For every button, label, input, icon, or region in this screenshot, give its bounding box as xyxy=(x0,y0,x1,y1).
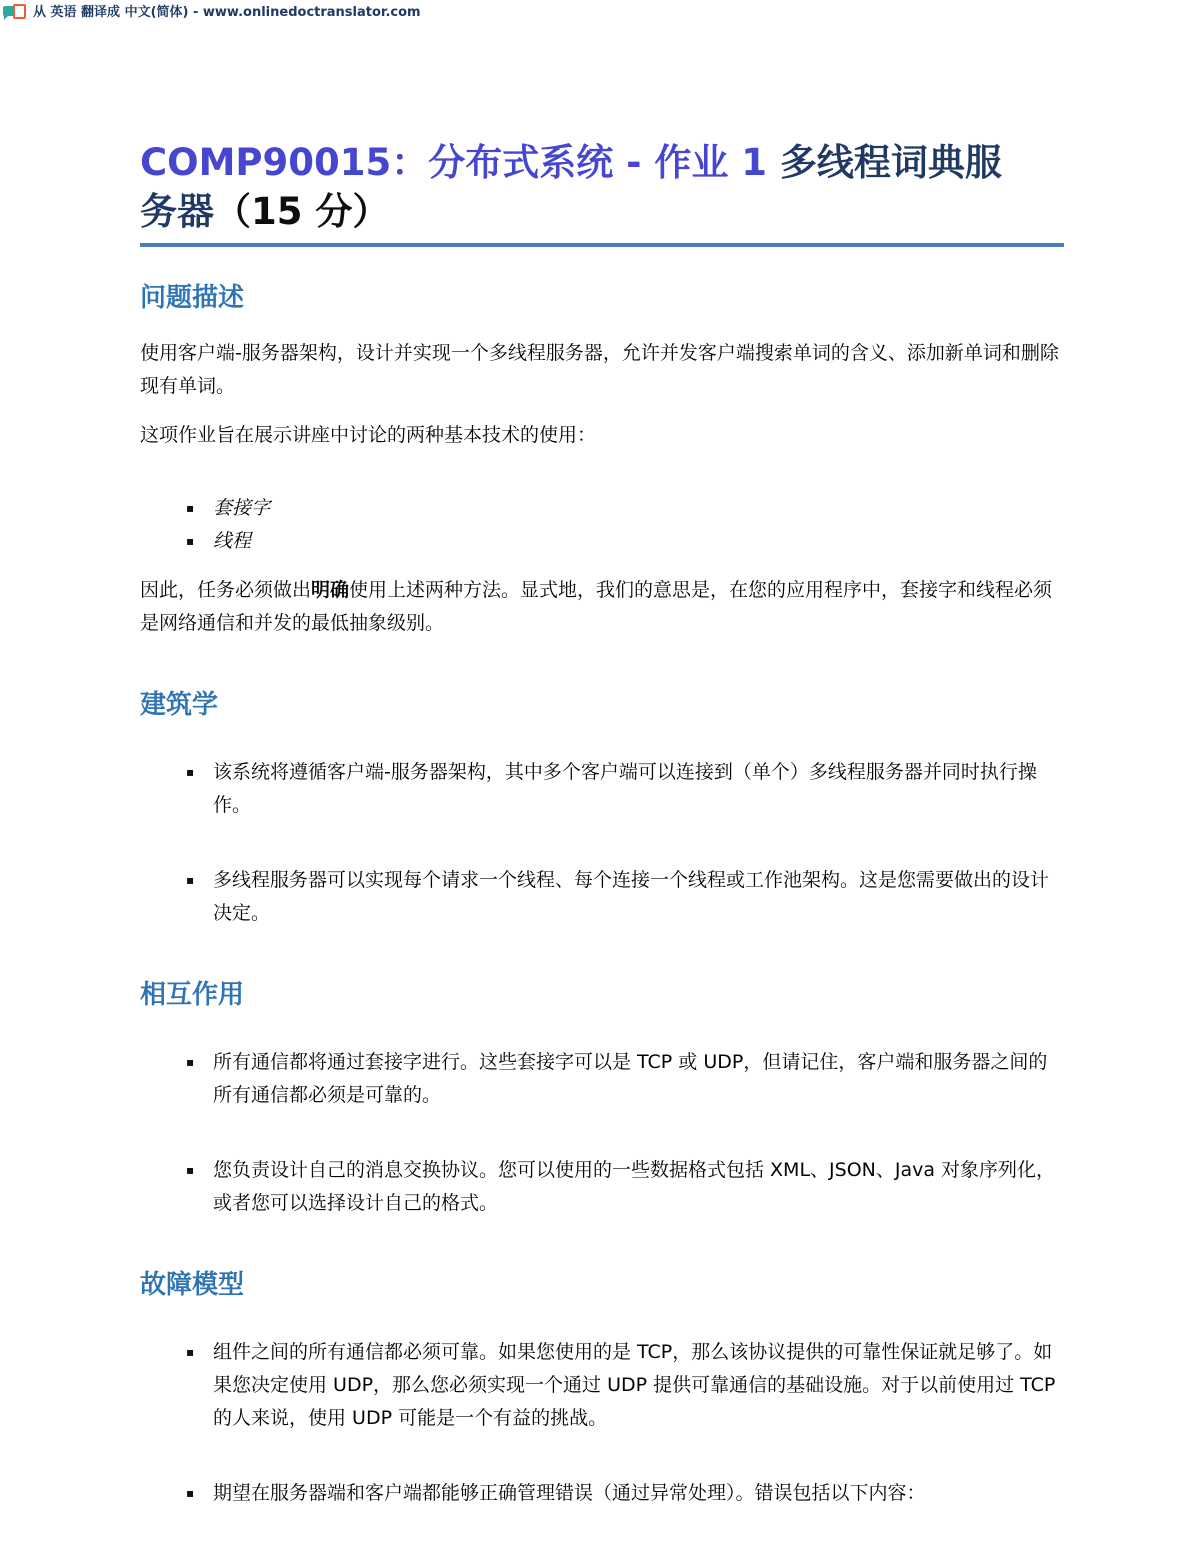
bullet-square-icon: ▪ xyxy=(186,1046,194,1079)
list-item: ▪ 线程 xyxy=(213,525,1064,558)
title-marks: （15 分） xyxy=(214,190,389,233)
title-subject-part2: 务器 xyxy=(140,190,214,233)
title-course-code: COMP90015：分布式系统 - 作业 1 xyxy=(140,141,780,184)
paragraph-problem-3: 因此，任务必须做出明确使用上述两种方法。显式地，我们的意思是，在您的应用程序中，… xyxy=(140,574,1064,640)
section-heading-problem: 问题描述 xyxy=(140,281,1064,315)
bullet-square-icon: ▪ xyxy=(186,1154,194,1187)
section-heading-failure-model: 故障模型 xyxy=(140,1268,1064,1302)
list-item: ▪ 该系统将遵循客户端-服务器架构，其中多个客户端可以连接到（单个）多线程服务器… xyxy=(213,756,1064,822)
section-heading-interaction: 相互作用 xyxy=(140,978,1064,1012)
title-divider xyxy=(140,243,1064,247)
list-item-label: 所有通信都将通过套接字进行。这些套接字可以是 TCP 或 UDP，但请记住，客户… xyxy=(213,1051,1047,1106)
list-item: ▪ 套接字 xyxy=(213,492,1064,525)
architecture-list: ▪ 该系统将遵循客户端-服务器架构，其中多个客户端可以连接到（单个）多线程服务器… xyxy=(140,756,1064,930)
document-outline-icon xyxy=(13,4,26,19)
translator-banner-text: 从 英语 翻译成 中文(简体) - www.onlinedoctranslato… xyxy=(33,4,421,22)
bullet-square-icon: ▪ xyxy=(186,525,194,558)
bullet-square-icon: ▪ xyxy=(186,1477,194,1510)
interaction-list: ▪ 所有通信都将通过套接字进行。这些套接字可以是 TCP 或 UDP，但请记住，… xyxy=(140,1046,1064,1220)
paragraph-problem-2: 这项作业旨在展示讲座中讨论的两种基本技术的使用： xyxy=(140,419,1064,452)
list-item-label: 您负责设计自己的消息交换协议。您可以使用的一些数据格式包括 XML、JSON、J… xyxy=(213,1159,1055,1214)
document-page: COMP90015：分布式系统 - 作业 1 多线程词典服务器（15 分） 问题… xyxy=(140,138,1064,1510)
list-item-label: 该系统将遵循客户端-服务器架构，其中多个客户端可以连接到（单个）多线程服务器并同… xyxy=(213,761,1037,816)
list-item-label: 期望在服务器端和客户端都能够正确管理错误（通过异常处理）。错误包括以下内容： xyxy=(213,1482,926,1504)
failure-model-list: ▪ 组件之间的所有通信都必须可靠。如果您使用的是 TCP，那么该协议提供的可靠性… xyxy=(140,1336,1064,1510)
translator-banner: 从 英语 翻译成 中文(简体) - www.onlinedoctranslato… xyxy=(3,3,421,22)
page-title: COMP90015：分布式系统 - 作业 1 多线程词典服务器（15 分） xyxy=(140,138,1064,236)
list-item-label: 组件之间的所有通信都必须可靠。如果您使用的是 TCP，那么该协议提供的可靠性保证… xyxy=(213,1341,1055,1429)
list-item-label: 线程 xyxy=(213,530,251,552)
list-item: ▪ 组件之间的所有通信都必须可靠。如果您使用的是 TCP，那么该协议提供的可靠性… xyxy=(213,1336,1064,1435)
list-item: ▪ 所有通信都将通过套接字进行。这些套接字可以是 TCP 或 UDP，但请记住，… xyxy=(213,1046,1064,1112)
tech-list: ▪ 套接字 ▪ 线程 xyxy=(140,492,1064,558)
list-item: ▪ 期望在服务器端和客户端都能够正确管理错误（通过异常处理）。错误包括以下内容： xyxy=(213,1477,1064,1510)
bullet-square-icon: ▪ xyxy=(186,864,194,897)
emphasis-text: 明确 xyxy=(311,579,349,601)
bullet-square-icon: ▪ xyxy=(186,1336,194,1369)
list-item: ▪ 多线程服务器可以实现每个请求一个线程、每个连接一个线程或工作池架构。这是您需… xyxy=(213,864,1064,930)
paragraph-problem-1: 使用客户端-服务器架构，设计并实现一个多线程服务器，允许并发客户端搜索单词的含义… xyxy=(140,337,1064,403)
paragraph-text: 因此，任务必须做出 xyxy=(140,579,311,601)
list-item: ▪ 您负责设计自己的消息交换协议。您可以使用的一些数据格式包括 XML、JSON… xyxy=(213,1154,1064,1220)
section-heading-architecture: 建筑学 xyxy=(140,688,1064,722)
list-item-label: 多线程服务器可以实现每个请求一个线程、每个连接一个线程或工作池架构。这是您需要做… xyxy=(213,869,1049,924)
bullet-square-icon: ▪ xyxy=(186,492,194,525)
translate-bubbles-icon xyxy=(3,3,27,22)
title-subject-part1: 多线程词典服 xyxy=(780,141,1002,184)
bullet-square-icon: ▪ xyxy=(186,756,194,789)
list-item-label: 套接字 xyxy=(213,497,270,519)
